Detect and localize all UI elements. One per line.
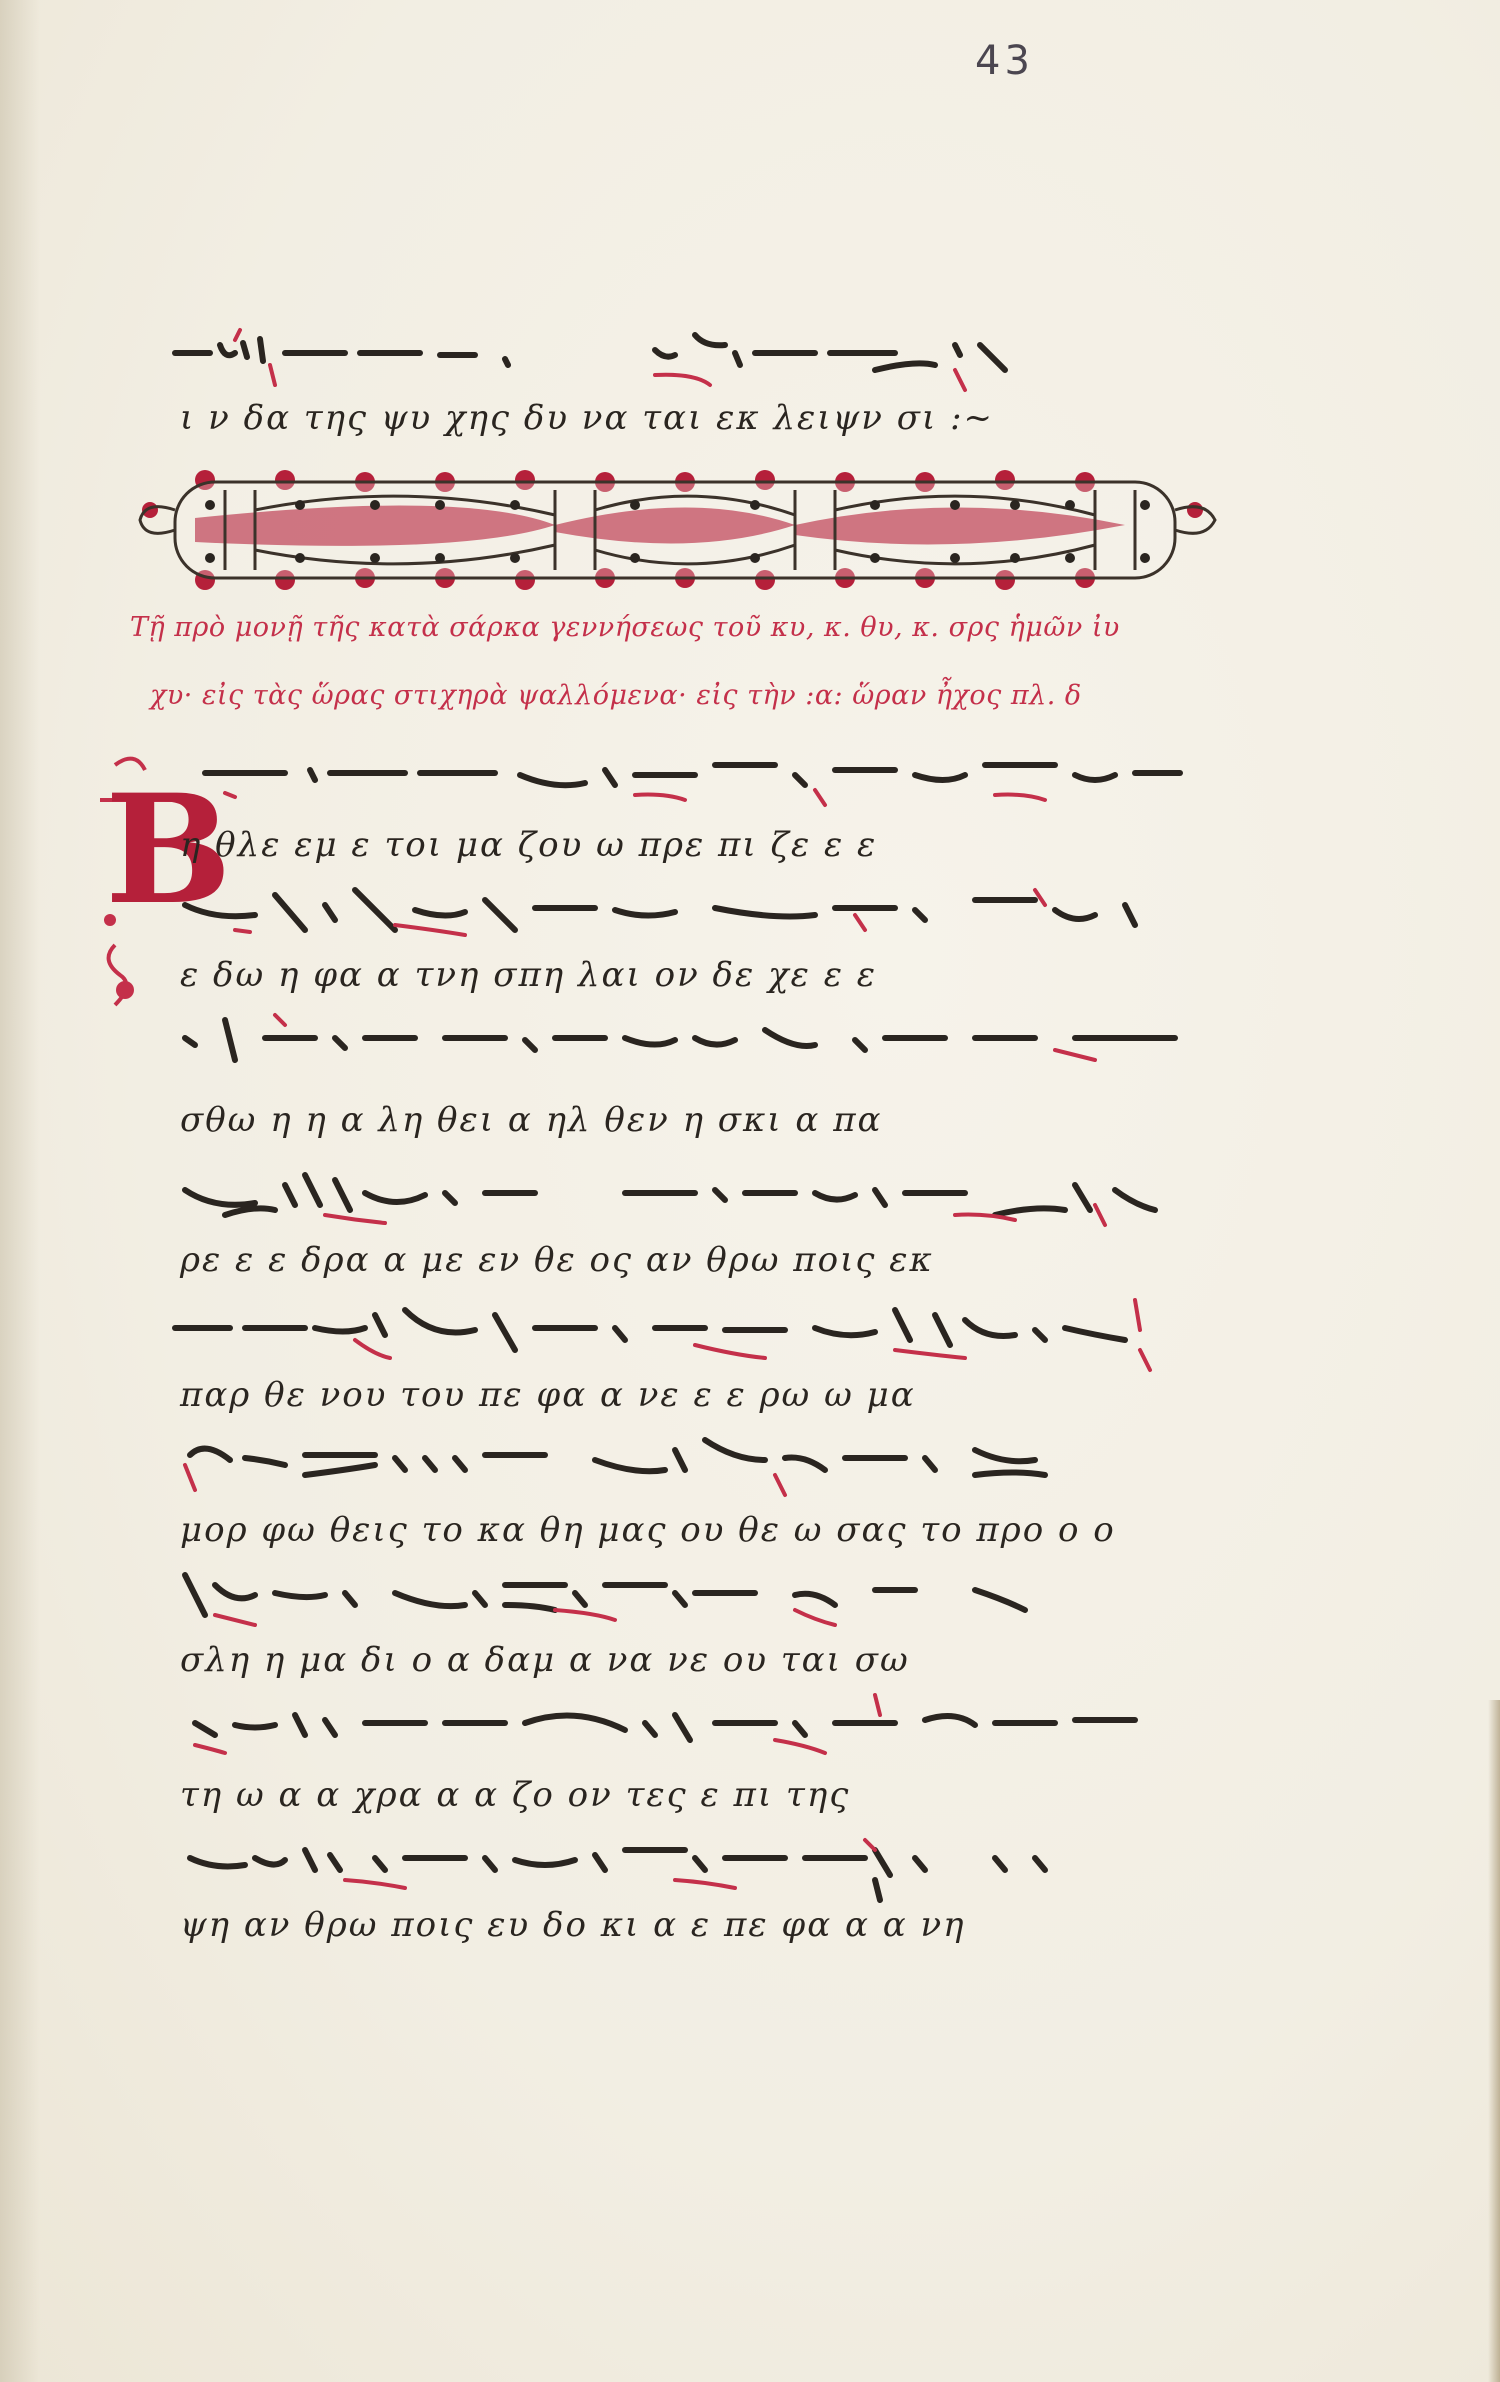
lyric-line: μορ φω θεις το κα θη μας ου θε ω σας το …: [180, 1510, 1180, 1550]
neume-line: [175, 1830, 1185, 1890]
lyric-line: η θλε εμ ε τοι μα ζου ω πρε πι ζε ε ε: [180, 825, 1180, 865]
lyric-line: ρε ε ε δρα α με εν θε ος αν θρω ποις εκ: [180, 1240, 1180, 1280]
lyric-line: παρ θε νου του πε φα α νε ε ε ρω ω μα: [180, 1375, 1180, 1415]
lyric-line: ψη αν θρω ποις ευ δο κι α ε πε φα α α νη: [180, 1905, 1180, 1945]
lyric-line: ε δω η φα α τνη σπη λαι ον δε χε ε ε: [180, 955, 1180, 995]
neume-line: [175, 1695, 1185, 1755]
neume-line: [175, 1300, 1185, 1360]
rubric-line: χυ· εἰς τὰς ὥρας στιχηρὰ ψαλλόμενα· εἰς …: [150, 680, 1270, 711]
manuscript-page: 43 ι ν δα της ψυ χης δυ να ται εκ λειψν …: [0, 0, 1500, 2382]
lyric-line: ι ν δα της ψυ χης δυ να ται εκ λειψν σι …: [180, 398, 1180, 438]
neume-line: [175, 1010, 1185, 1070]
neume-line: [175, 745, 1185, 805]
fore-edge-stain: [1488, 1700, 1500, 2382]
decorated-initial: Β: [95, 745, 185, 1015]
lyric-line: τη ω α α χρα α α ζο ον τες ε πι της: [180, 1775, 1180, 1815]
neume-line: [175, 1565, 1185, 1625]
neume-line: [175, 880, 1185, 940]
lyric-line: σθω η η α λη θει α ηλ θεν η σκι α πα: [180, 1100, 1180, 1140]
neume-line: [175, 1430, 1185, 1490]
neume-notation-icon: [175, 325, 1185, 385]
interlace-headpiece: [135, 470, 1220, 590]
lyric-line: σλη η μα δι ο α δαμ α να νε ου ται σω: [180, 1640, 1180, 1680]
folio-number: 43: [975, 38, 1034, 84]
gutter-shadow: [0, 0, 40, 2382]
neume-line: [175, 1165, 1185, 1225]
interlace-ornament-icon: [135, 470, 1220, 590]
neume-line: [175, 325, 1185, 385]
rubric-line: Τῇ πρὸ μονῇ τῆς κατὰ σάρκα γεννήσεως τοῦ…: [130, 612, 1250, 643]
